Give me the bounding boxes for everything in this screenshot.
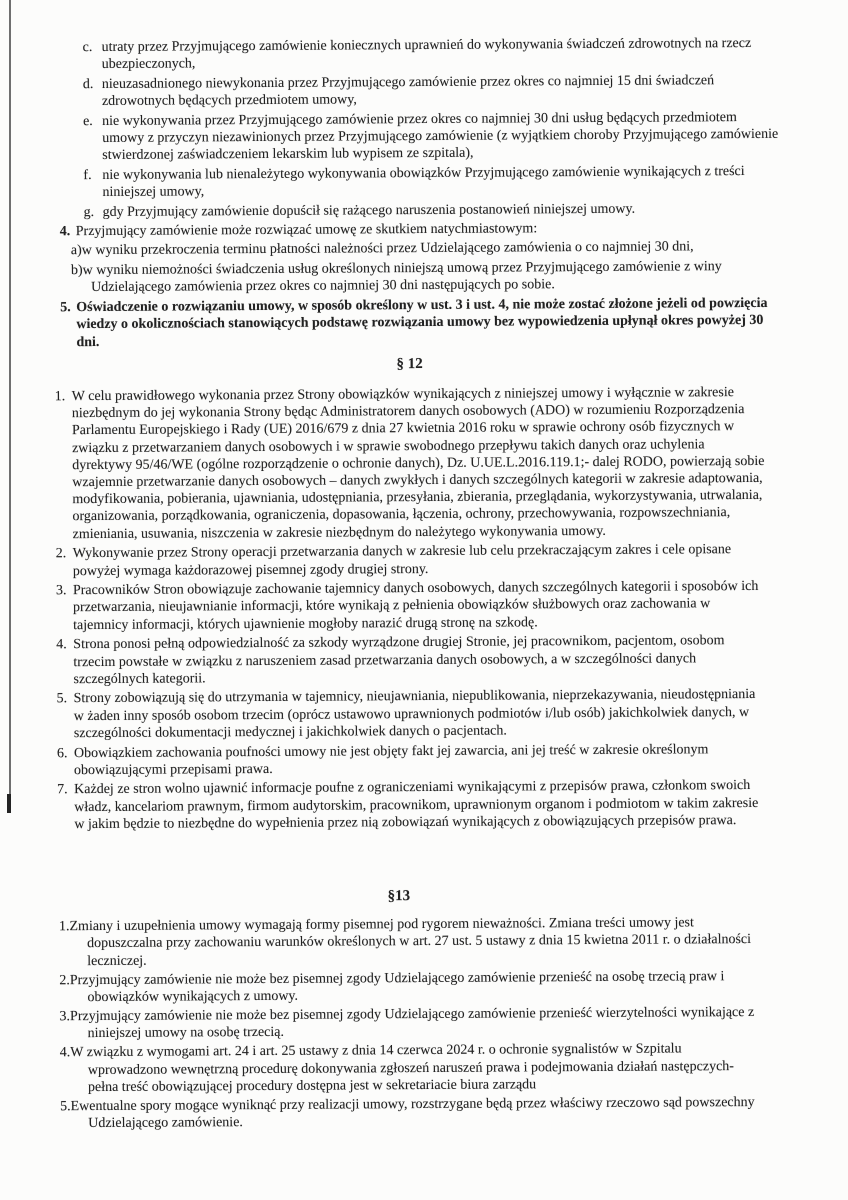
termination-clauses-block: c.utraty przez Przyjmującego zamówienie … — [59, 35, 784, 353]
clause-text: gdy Przyjmujący zamówienie dopuścił się … — [103, 201, 636, 219]
clause-text: Strona ponosi pełną odpowiedzialność za … — [73, 634, 724, 687]
clause-label: 3. — [59, 1009, 70, 1024]
clause-item-f: f.nie wykonywania lub nienależytego wyko… — [83, 163, 782, 202]
clause-label: 4. — [60, 1046, 71, 1061]
section-12-item-1: 1.W celu prawidłowego wykonania przez St… — [55, 384, 766, 543]
clause-label: 2. — [56, 546, 67, 563]
clause-label: g. — [84, 204, 95, 221]
clause-subitem-b: b)w wyniku niemożności świadczenia usług… — [71, 258, 783, 297]
clause-text: nie wykonywania przez Przyjmującego zamó… — [102, 110, 778, 164]
clause-text: Oświadczenie o rozwiązaniu umowy, w spos… — [76, 296, 767, 350]
clause-label: a) — [71, 244, 82, 259]
clause-label: 2. — [59, 973, 70, 988]
section-12-clauses: 1.W celu prawidłowego wykonania przez St… — [55, 384, 768, 836]
section-13-item-2: 2.Przyjmujący zamówienie nie może bez pi… — [59, 968, 759, 1007]
clause-text: w wyniku niemożności świadczenia usług o… — [83, 259, 722, 295]
clause-text: utraty przez Przyjmującego zamówienie ko… — [102, 36, 752, 72]
clause-text: w wyniku przekroczenia terminu płatności… — [82, 240, 694, 259]
clause-label: c. — [83, 39, 93, 56]
clause-item-e: e.nie wykonywania przez Przyjmującego za… — [83, 108, 782, 164]
clause-label: 1. — [59, 919, 70, 934]
clause-text: Zmiany i uzupełnienia umowy wymagają for… — [69, 915, 751, 969]
clause-label: 5. — [60, 299, 71, 316]
clause-text: Wykonywanie przez Strony operacji przetw… — [73, 542, 731, 578]
clause-label: 3. — [56, 582, 67, 599]
clause-label: 7. — [57, 782, 68, 799]
section-12-heading: § 12 — [0, 352, 834, 375]
section-12-item-6: 6.Obowiązkiem zachowania poufności umowy… — [57, 740, 767, 779]
clause-text: nieuzasadnionego niewykonania przez Przy… — [102, 73, 714, 109]
clause-text: Obowiązkiem zachowania poufności umowy n… — [74, 742, 709, 778]
clause-label: 5. — [60, 1099, 71, 1114]
clause-subitem-a: a)w wyniku przekroczenia terminu płatnoś… — [71, 238, 783, 260]
section-13-item-5: 5.Ewentualne spory mogące wyniknąć przy … — [60, 1094, 760, 1133]
page-content: c.utraty przez Przyjmującego zamówienie … — [0, 0, 848, 1200]
clause-text: Pracowników Stron obowiązuje zachowanie … — [73, 579, 759, 633]
clause-item-d: d.nieuzasadnionego niewykonania przez Pr… — [83, 72, 782, 111]
clause-item-g: g.gdy Przyjmujący zamówienie dopuścił si… — [84, 199, 783, 221]
clause-text: Strony zobowiązują się do utrzymania w t… — [74, 687, 756, 741]
section-13-item-1: 1.Zmiany i uzupełnienia umowy wymagają f… — [59, 914, 759, 970]
clause-text: nie wykonywania lub nienależytego wykony… — [102, 164, 744, 200]
clause-text: W związku z wymogami art. 24 i art. 25 u… — [70, 1042, 734, 1095]
clause-text: Przyjmujący zamówienie nie może bez pise… — [70, 1005, 754, 1041]
section-13-clauses: 1.Zmiany i uzupełnienia umowy wymagają f… — [59, 914, 760, 1135]
clause-item-4: 4.Przyjmujący zamówienie może rozwiązać … — [60, 219, 783, 241]
section-12-item-2: 2.Wykonywanie przez Strony operacji prze… — [56, 541, 766, 580]
clause-label: 4. — [56, 637, 67, 654]
clause-label: 4. — [60, 223, 71, 240]
section-12-item-7: 7.Każdej ze stron wolno ujawnić informac… — [57, 777, 767, 833]
clause-item-5: 5.Oświadczenie o rozwiązaniu umowy, w sp… — [60, 294, 783, 351]
clause-label: 6. — [57, 745, 68, 762]
section-12-item-4: 4.Strona ponosi pełną odpowiedzialność z… — [56, 632, 766, 688]
clause-item-c: c.utraty przez Przyjmującego zamówienie … — [83, 35, 782, 74]
clause-text: Przyjmujący zamówienie może rozwiązać um… — [76, 221, 538, 239]
clause-label: f. — [83, 167, 91, 184]
section-12-item-3: 3.Pracowników Stron obowiązuje zachowani… — [56, 578, 766, 634]
clause-label: 5. — [57, 691, 68, 708]
clause-text: Każdej ze stron wolno ujawnić informacje… — [74, 778, 758, 832]
clause-label: b) — [71, 263, 83, 278]
section-13-item-4: 4.W związku z wymogami art. 24 i art. 25… — [60, 1040, 760, 1096]
clause-text: W celu prawidłowego wykonania przez Stro… — [72, 385, 765, 542]
clause-label: 1. — [55, 388, 66, 405]
clause-text: Ewentualne spory mogące wyniknąć przy re… — [71, 1095, 755, 1131]
clause-label: d. — [83, 76, 94, 93]
clause-label: e. — [83, 113, 93, 130]
clause-text: Przyjmujący zamówienie nie może bez pise… — [70, 969, 725, 1005]
section-13-item-3: 3.Przyjmujący zamówienie nie może bez pi… — [59, 1004, 759, 1043]
section-13-heading: §13 — [0, 885, 823, 908]
scanned-contract-page: c.utraty przez Przyjmującego zamówienie … — [0, 0, 848, 1200]
section-12-item-5: 5.Strony zobowiązują się do utrzymania w… — [57, 686, 767, 742]
